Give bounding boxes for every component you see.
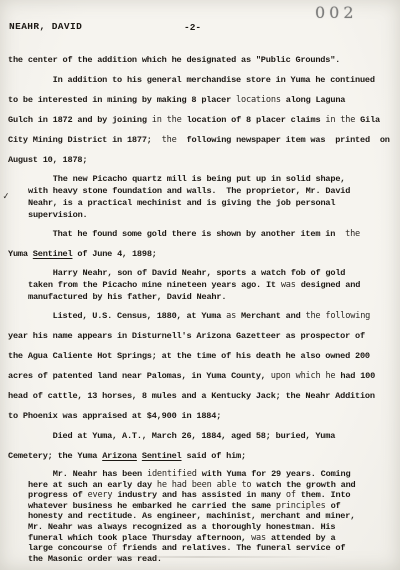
blockquote: Harry Neahr, son of David Neahr, sports …	[28, 267, 396, 303]
text-line: manufactured by his father, David Neahr.	[28, 291, 396, 303]
text-line: to Phoenix was appraised at $4,900 in 18…	[8, 406, 396, 426]
text-line: taken from the Picacho mine nineteen yea…	[28, 279, 396, 291]
text-line: Gulch in 1872 and by joining in the loca…	[8, 110, 396, 130]
text-line: year his name appears in Disturnell's Ar…	[8, 326, 396, 346]
page-stamp-number: 002	[315, 3, 358, 22]
document-header-name: NEAHR, DAVID	[9, 21, 82, 32]
text-line: honesty and rectitude. As engineer, mach…	[28, 511, 396, 522]
blockquote: The new Picacho quartz mill is being put…	[28, 173, 396, 221]
paragraph: Died at Yuma, A.T., March 26, 1884, aged…	[8, 426, 396, 466]
text-line: City Mining District in 1877; the follow…	[8, 130, 396, 150]
paragraph: the center of the addition which he desi…	[8, 50, 396, 70]
text-line: head of cattle, 13 horses, 8 mules and a…	[8, 386, 396, 406]
text-line: Harry Neahr, son of David Neahr, sports …	[28, 267, 396, 279]
text-line: with heavy stone foundation and walls. T…	[28, 185, 396, 197]
paragraph: That he found some gold there is shown b…	[8, 224, 396, 264]
text-line: That he found some gold there is shown b…	[8, 224, 396, 244]
text-line: Yuma Sentinel of June 4, 1898;	[8, 244, 396, 264]
text-line: Mr. Neahr has been identified with Yuma …	[28, 469, 396, 480]
text-line: Cemetery; the Yuma Arizona Sentinel said…	[8, 446, 396, 466]
text-line: Neahr, is a practical mechinist and is g…	[28, 197, 396, 209]
text-line: progress of every industry and has assis…	[28, 490, 396, 501]
text-line: here at such an early day he had been ab…	[28, 480, 396, 491]
scan-artifact	[60, 556, 340, 558]
text-line: Listed, U.S. Census, 1880, at Yuma as Me…	[8, 306, 396, 326]
document-page: 002 NEAHR, DAVID -2- ✓ the center of the…	[0, 0, 400, 570]
text-line: large concourse of friends and relatives…	[28, 543, 396, 554]
text-line: funeral which took place Thursday aftern…	[28, 533, 396, 544]
text-line: the center of the addition which he desi…	[8, 50, 396, 70]
text-line: the Agua Caliente Hot Springs; at the ti…	[8, 346, 396, 366]
text-line: to be interested in mining by making 8 p…	[8, 90, 396, 110]
text-line: acres of patented land near Palomas, in …	[8, 366, 396, 386]
text-line: whatever business he embarked he carried…	[28, 501, 396, 512]
paragraph: Listed, U.S. Census, 1880, at Yuma as Me…	[8, 306, 396, 426]
page-number: -2-	[184, 22, 201, 33]
text-line: Died at Yuma, A.T., March 26, 1884, aged…	[8, 426, 396, 446]
blockquote: Mr. Neahr has been identified with Yuma …	[28, 469, 396, 564]
text-line: Mr. Neahr was always recognized as a tho…	[28, 522, 396, 533]
text-line: August 10, 1878;	[8, 150, 396, 170]
text-line: The new Picacho quartz mill is being put…	[28, 173, 396, 185]
text-line: In addition to his general merchandise s…	[8, 70, 396, 90]
text-line: supervision.	[28, 209, 396, 221]
document-body: the center of the addition which he desi…	[8, 50, 396, 567]
paragraph: In addition to his general merchandise s…	[8, 70, 396, 170]
